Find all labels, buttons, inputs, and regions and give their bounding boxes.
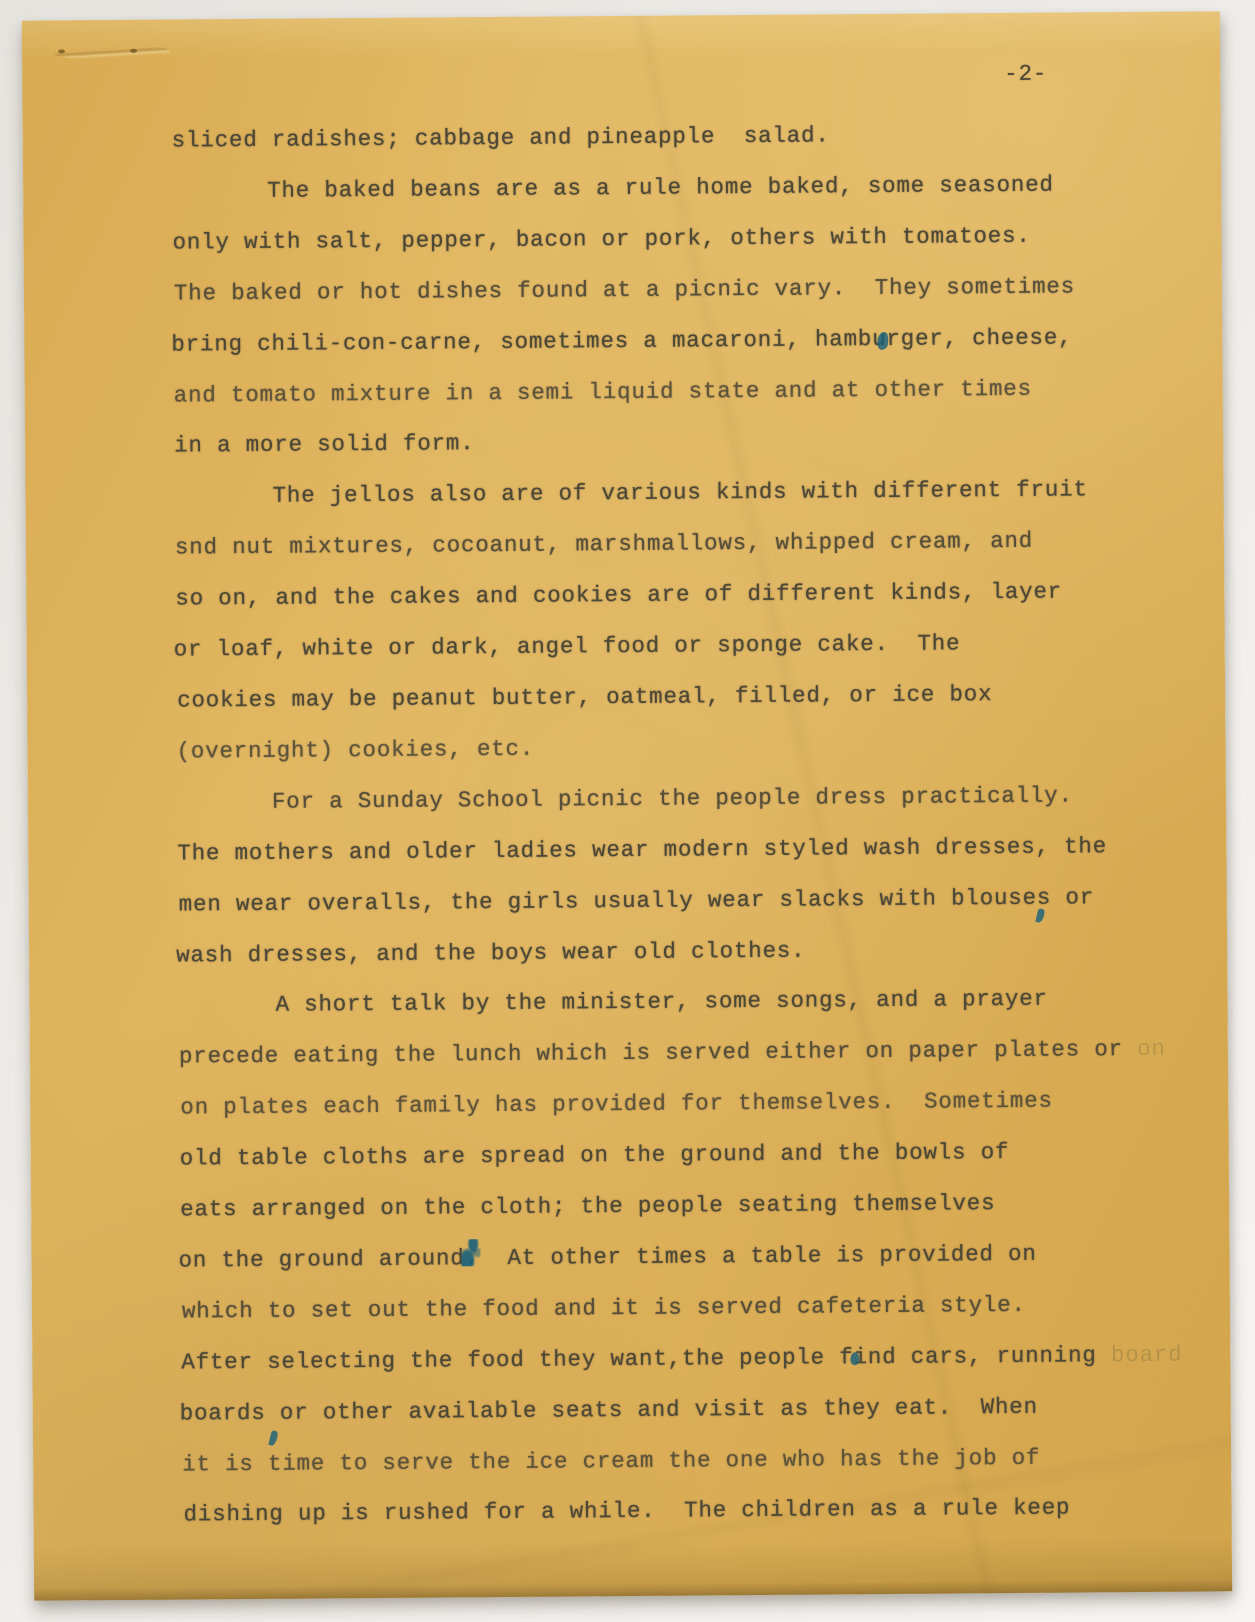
typed-line: on the ground around. At other times a t… xyxy=(178,1228,1188,1287)
typed-line: For a Sunday School picnic the people dr… xyxy=(175,769,1185,828)
typed-line-text: old table cloths are spread on the groun… xyxy=(180,1139,1010,1172)
typed-line: The baked beans are as a rule home baked… xyxy=(170,159,1180,218)
typed-line: so on, and the cakes and cookies are of … xyxy=(175,566,1185,625)
typed-line-text: eats arranged on the cloth; the people s… xyxy=(180,1190,995,1222)
typed-line: eats arranged on the cloth; the people s… xyxy=(180,1177,1190,1236)
typed-line-text: boards or other available seats and visi… xyxy=(180,1393,1038,1426)
ink-mark xyxy=(461,1239,480,1266)
typed-line-text: on the ground around. At other times a t… xyxy=(178,1241,1036,1274)
typed-line: and tomato mixture in a semi liquid stat… xyxy=(174,362,1184,421)
page-number: -2- xyxy=(1004,61,1047,87)
typed-line: cookies may be peanut butter, oatmeal, f… xyxy=(177,668,1187,727)
typed-line: on plates each family has provided for t… xyxy=(180,1075,1190,1134)
typed-line-text: in a more solid form. xyxy=(174,431,475,459)
typed-line-text: After selecting the food they want,the p… xyxy=(181,1342,1097,1375)
typed-line: snd nut mixtures, cocoanut, marshmallows… xyxy=(175,515,1185,574)
typed-line-text: and tomato mixture in a semi liquid stat… xyxy=(174,375,1032,408)
typed-line-text: The mothers and older ladies wear modern… xyxy=(177,833,1107,866)
typed-line-text: precede eating the lunch which is served… xyxy=(179,1036,1123,1069)
typed-line-text: cookies may be peanut butter, oatmeal, f… xyxy=(177,681,992,713)
typed-line: which to set out the food and it is serv… xyxy=(182,1278,1192,1337)
ink-marks-layer xyxy=(22,11,1220,20)
typed-line: it is time to serve the ice cream the on… xyxy=(182,1431,1192,1490)
typed-line: sliced radishes; cabbage and pineapple s… xyxy=(172,108,1182,167)
typed-line: (overnight) cookies, etc. xyxy=(176,718,1186,777)
typed-line-text: it is time to serve the ice cream the on… xyxy=(182,1444,1040,1477)
typed-text-block: sliced radishes; cabbage and pineapple s… xyxy=(172,108,1193,1541)
typed-line-text: The baked beans are as a rule home baked… xyxy=(267,172,1054,204)
typed-line: or loaf, white or dark, angel food or sp… xyxy=(174,617,1184,676)
typed-line: precede eating the lunch which is served… xyxy=(179,1024,1189,1083)
typed-line: in a more solid form. xyxy=(174,413,1184,472)
typed-line-text: dishing up is rushed for a while. The ch… xyxy=(183,1495,1070,1528)
typed-line-text: men wear overalls, the girls usually wea… xyxy=(179,884,1095,917)
typed-line-text: snd nut mixtures, cocoanut, marshmallows… xyxy=(175,528,1033,561)
typed-line-text: The jellos also are of various kinds wit… xyxy=(272,477,1087,509)
ghost-word: on xyxy=(1123,1036,1166,1062)
typed-line-text: only with salt, pepper, bacon or pork, o… xyxy=(172,223,1030,256)
typed-line-text: or loaf, white or dark, angel food or sp… xyxy=(174,630,961,662)
typed-line-text: so on, and the cakes and cookies are of … xyxy=(175,579,1062,612)
typed-line-text: which to set out the food and it is serv… xyxy=(182,1292,1026,1325)
typed-line: bring chili-con-carne, sometimes a macar… xyxy=(171,311,1181,370)
ghost-word: board xyxy=(1097,1341,1183,1368)
typed-line-text: on plates each family has provided for t… xyxy=(180,1088,1053,1121)
typed-line: The jellos also are of various kinds wit… xyxy=(175,464,1185,523)
typed-line: A short talk by the minister, some songs… xyxy=(178,973,1188,1032)
typed-line-text: A short talk by the minister, some songs… xyxy=(275,986,1048,1018)
paper-sheet: -2- sliced radishes; cabbage and pineapp… xyxy=(22,11,1232,1600)
typed-line: wash dresses, and the boys wear old clot… xyxy=(176,922,1186,981)
typed-line-text: wash dresses, and the boys wear old clot… xyxy=(176,937,805,968)
typed-line: boards or other available seats and visi… xyxy=(180,1380,1190,1439)
scan-background: -2- sliced radishes; cabbage and pineapp… xyxy=(0,0,1255,1622)
typed-line-text: sliced radishes; cabbage and pineapple s… xyxy=(172,122,830,153)
typed-line: dishing up is rushed for a while. The ch… xyxy=(183,1482,1193,1541)
typed-line: old table cloths are spread on the groun… xyxy=(180,1126,1190,1185)
typed-line-text: For a Sunday School picnic the people dr… xyxy=(272,782,1073,814)
ink-mark xyxy=(850,1352,859,1365)
typed-line: After selecting the food they want,the p… xyxy=(181,1329,1191,1388)
typed-line: only with salt, pepper, bacon or pork, o… xyxy=(172,209,1182,268)
typed-line: The mothers and older ladies wear modern… xyxy=(177,820,1187,879)
typed-line: The baked or hot dishes found at a picni… xyxy=(174,260,1184,319)
staple-crease xyxy=(52,44,170,61)
typed-line-text: bring chili-con-carne, sometimes a macar… xyxy=(171,324,1072,357)
typed-line-text: The baked or hot dishes found at a picni… xyxy=(174,273,1075,306)
typed-line-text: (overnight) cookies, etc. xyxy=(176,736,534,765)
